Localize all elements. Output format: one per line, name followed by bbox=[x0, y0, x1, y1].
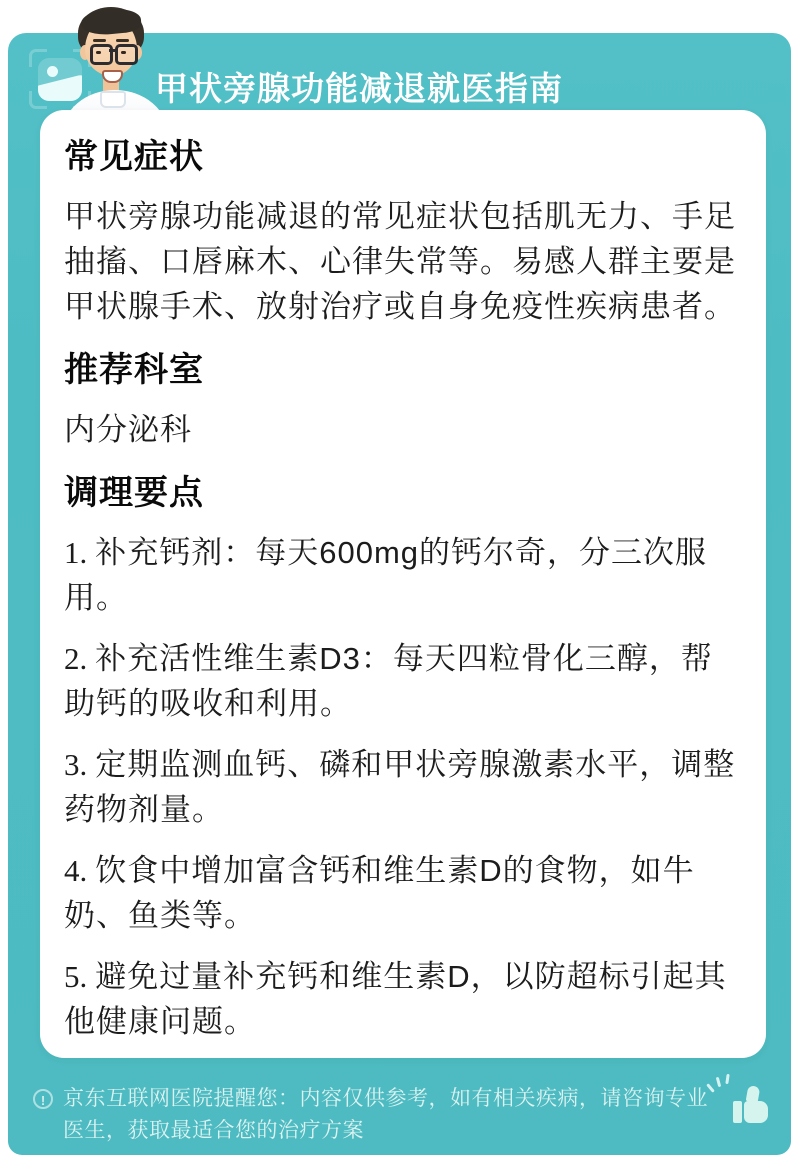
disclaimer-footer: ! 京东互联网医院提醒您：内容仅供参考，如有相关疾病，请咨询专业医生，获取最适合… bbox=[8, 1075, 791, 1147]
care-list-item: 4.饮食中增加富含钙和维生素D的食物，如牛奶、鱼类等。 bbox=[64, 848, 742, 938]
care-list-item: 5.避免过量补充钙和维生素D，以防超标引起其他健康问题。 bbox=[64, 954, 742, 1044]
health-guide-panel: 甲状旁腺功能减退就医指南 常见症状 甲状旁腺功能减退的常见症状包括肌无力、手足抽… bbox=[8, 33, 791, 1155]
care-points-list: 1.补充钙剂：每天600mg的钙尔奇，分三次服用。 2.补充活性维生素D3：每天… bbox=[64, 530, 742, 1044]
care-item-number: 3. bbox=[64, 747, 87, 782]
care-item-text: 定期监测血钙、磷和甲状旁腺激素水平，调整药物剂量。 bbox=[64, 747, 735, 827]
thumbs-up-icon[interactable] bbox=[733, 1087, 773, 1127]
panel-header: 甲状旁腺功能减退就医指南 bbox=[8, 33, 791, 110]
care-item-text: 补充活性维生素D3：每天四粒骨化三醇，帮助钙的吸收和利用。 bbox=[64, 641, 713, 721]
care-item-number: 4. bbox=[64, 853, 87, 888]
care-list-item: 1.补充钙剂：每天600mg的钙尔奇，分三次服用。 bbox=[64, 530, 742, 620]
care-item-text: 避免过量补充钙和维生素D，以防超标引起其他健康问题。 bbox=[64, 959, 727, 1039]
department-paragraph: 内分泌科 bbox=[64, 407, 742, 452]
disclaimer-text: 京东互联网医院提醒您：内容仅供参考，如有相关疾病，请咨询专业医生，获取最适合您的… bbox=[63, 1083, 723, 1147]
avatar-glasses bbox=[90, 44, 113, 65]
symptoms-paragraph: 甲状旁腺功能减退的常见症状包括肌无力、手足抽搐、口唇麻木、心律失常等。易感人群主… bbox=[64, 194, 742, 329]
care-item-number: 2. bbox=[64, 641, 87, 676]
care-list-item: 3.定期监测血钙、磷和甲状旁腺激素水平，调整药物剂量。 bbox=[64, 742, 742, 832]
care-item-text: 补充钙剂：每天600mg的钙尔奇，分三次服用。 bbox=[64, 535, 707, 615]
care-item-number: 5. bbox=[64, 959, 87, 994]
section-heading-care: 调理要点 bbox=[64, 470, 742, 516]
section-heading-department: 推荐科室 bbox=[64, 347, 742, 393]
care-list-item: 2.补充活性维生素D3：每天四粒骨化三醇，帮助钙的吸收和利用。 bbox=[64, 636, 742, 726]
care-item-text: 饮食中增加富含钙和维生素D的食物，如牛奶、鱼类等。 bbox=[64, 853, 695, 933]
content-card: 常见症状 甲状旁腺功能减退的常见症状包括肌无力、手足抽搐、口唇麻木、心律失常等。… bbox=[40, 110, 766, 1058]
page-title: 甲状旁腺功能减退就医指南 bbox=[155, 69, 563, 109]
section-heading-symptoms: 常见症状 bbox=[64, 134, 742, 180]
care-item-number: 1. bbox=[64, 535, 87, 570]
info-icon: ! bbox=[33, 1089, 53, 1109]
